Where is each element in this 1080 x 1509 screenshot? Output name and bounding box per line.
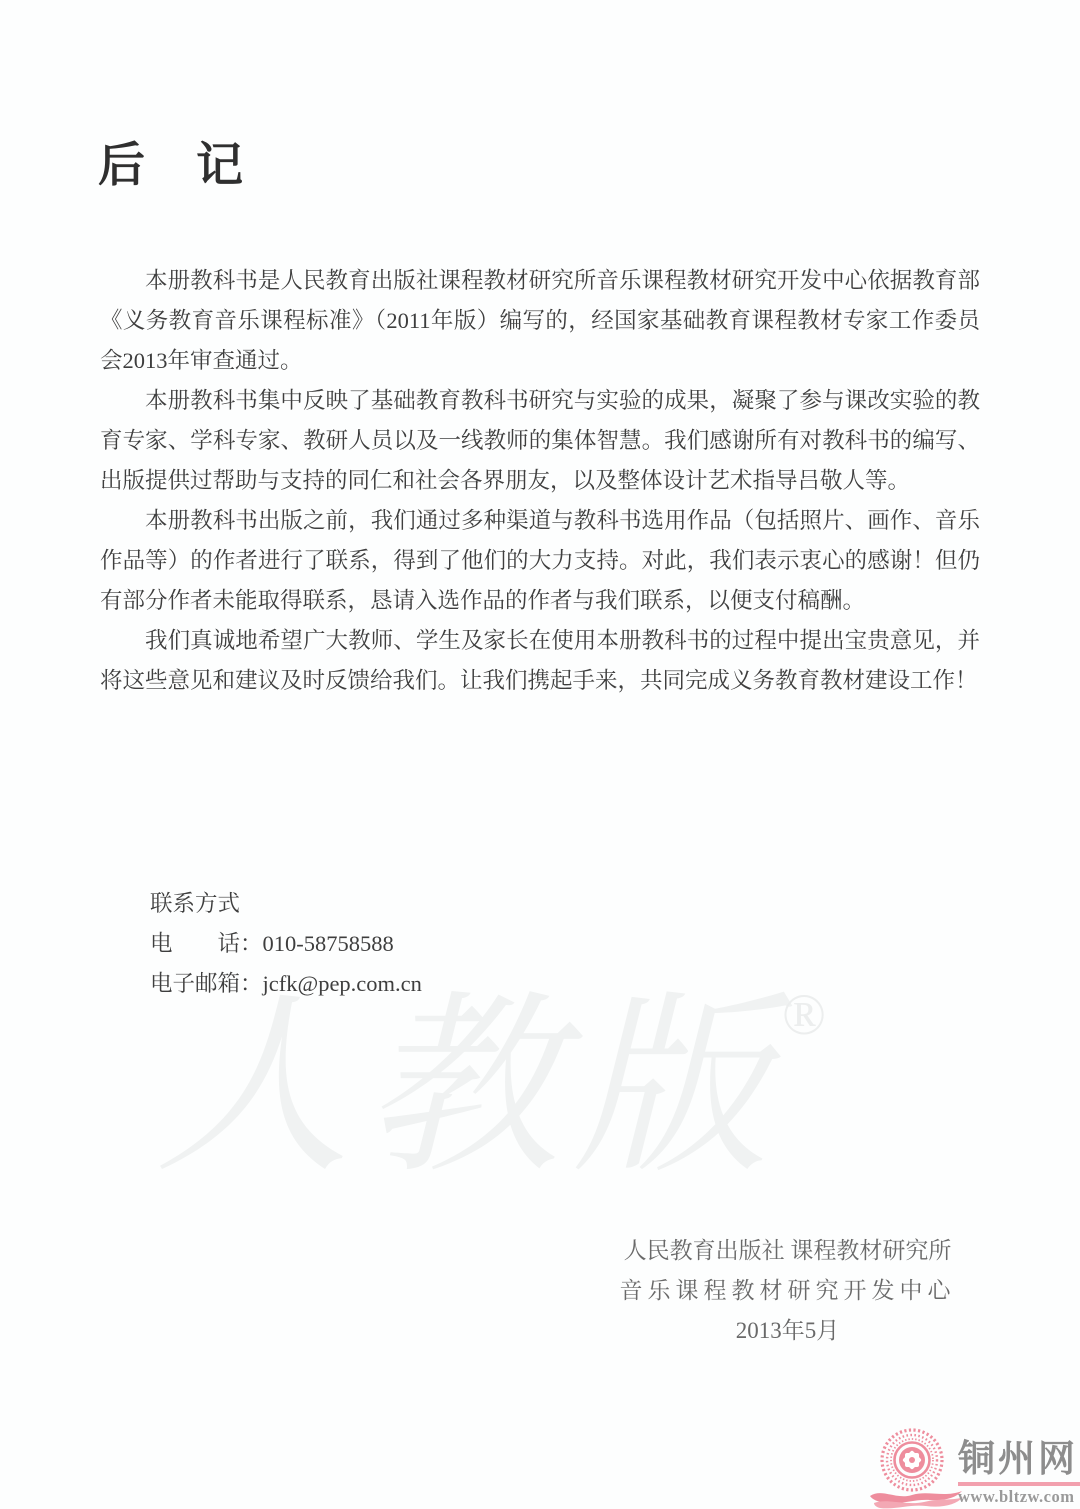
contact-phone: 电 话：010-58758588 (150, 924, 422, 964)
logo-underline (958, 1482, 1080, 1486)
site-logo-text: 铜州网 www.bltzw.com (958, 1428, 1080, 1507)
afterword-page: 后 记 本册教科书是人民教育出版社课程教材研究所音乐课程教材研究开发中心依据教育… (0, 0, 1080, 1509)
paragraph-2: 本册教科书集中反映了基础教育教科书研究与实验的成果，凝聚了参与课改实验的教育专家… (100, 381, 980, 501)
watermark-text: 人教版 (155, 981, 782, 1197)
afterword-body: 本册教科书是人民教育出版社课程教材研究所音乐课程教材研究开发中心依据教育部《义务… (100, 261, 980, 701)
contact-email: 电子邮箱：jcfk@pep.com.cn (150, 964, 422, 1004)
signature-date: 2013年5月 (600, 1311, 975, 1351)
contact-heading: 联系方式 (150, 884, 422, 924)
site-url: www.bltzw.com (958, 1487, 1075, 1507)
signature-center: 音乐课程教材研究开发中心 (600, 1271, 975, 1311)
registered-trademark-icon: ® (782, 982, 826, 1047)
site-logo: 铜州网 www.bltzw.com (866, 1428, 1080, 1509)
page-title: 后 记 (98, 128, 245, 195)
signature-block: 人民教育出版社 课程教材研究所 音乐课程教材研究开发中心 2013年5月 (600, 1231, 975, 1351)
signature-publisher: 人民教育出版社 课程教材研究所 (600, 1231, 975, 1271)
paragraph-1: 本册教科书是人民教育出版社课程教材研究所音乐课程教材研究开发中心依据教育部《义务… (100, 261, 980, 381)
paragraph-4: 我们真诚地希望广大教师、学生及家长在使用本册教科书的过程中提出宝贵意见，并将这些… (100, 621, 980, 701)
site-name: 铜州网 (958, 1440, 1078, 1480)
paragraph-3: 本册教科书出版之前，我们通过多种渠道与教科书选用作品（包括照片、画作、音乐作品等… (100, 501, 980, 621)
medallion-waves-icon (866, 1428, 966, 1509)
contact-block: 联系方式 电 话：010-58758588 电子邮箱：jcfk@pep.com.… (150, 884, 422, 1004)
